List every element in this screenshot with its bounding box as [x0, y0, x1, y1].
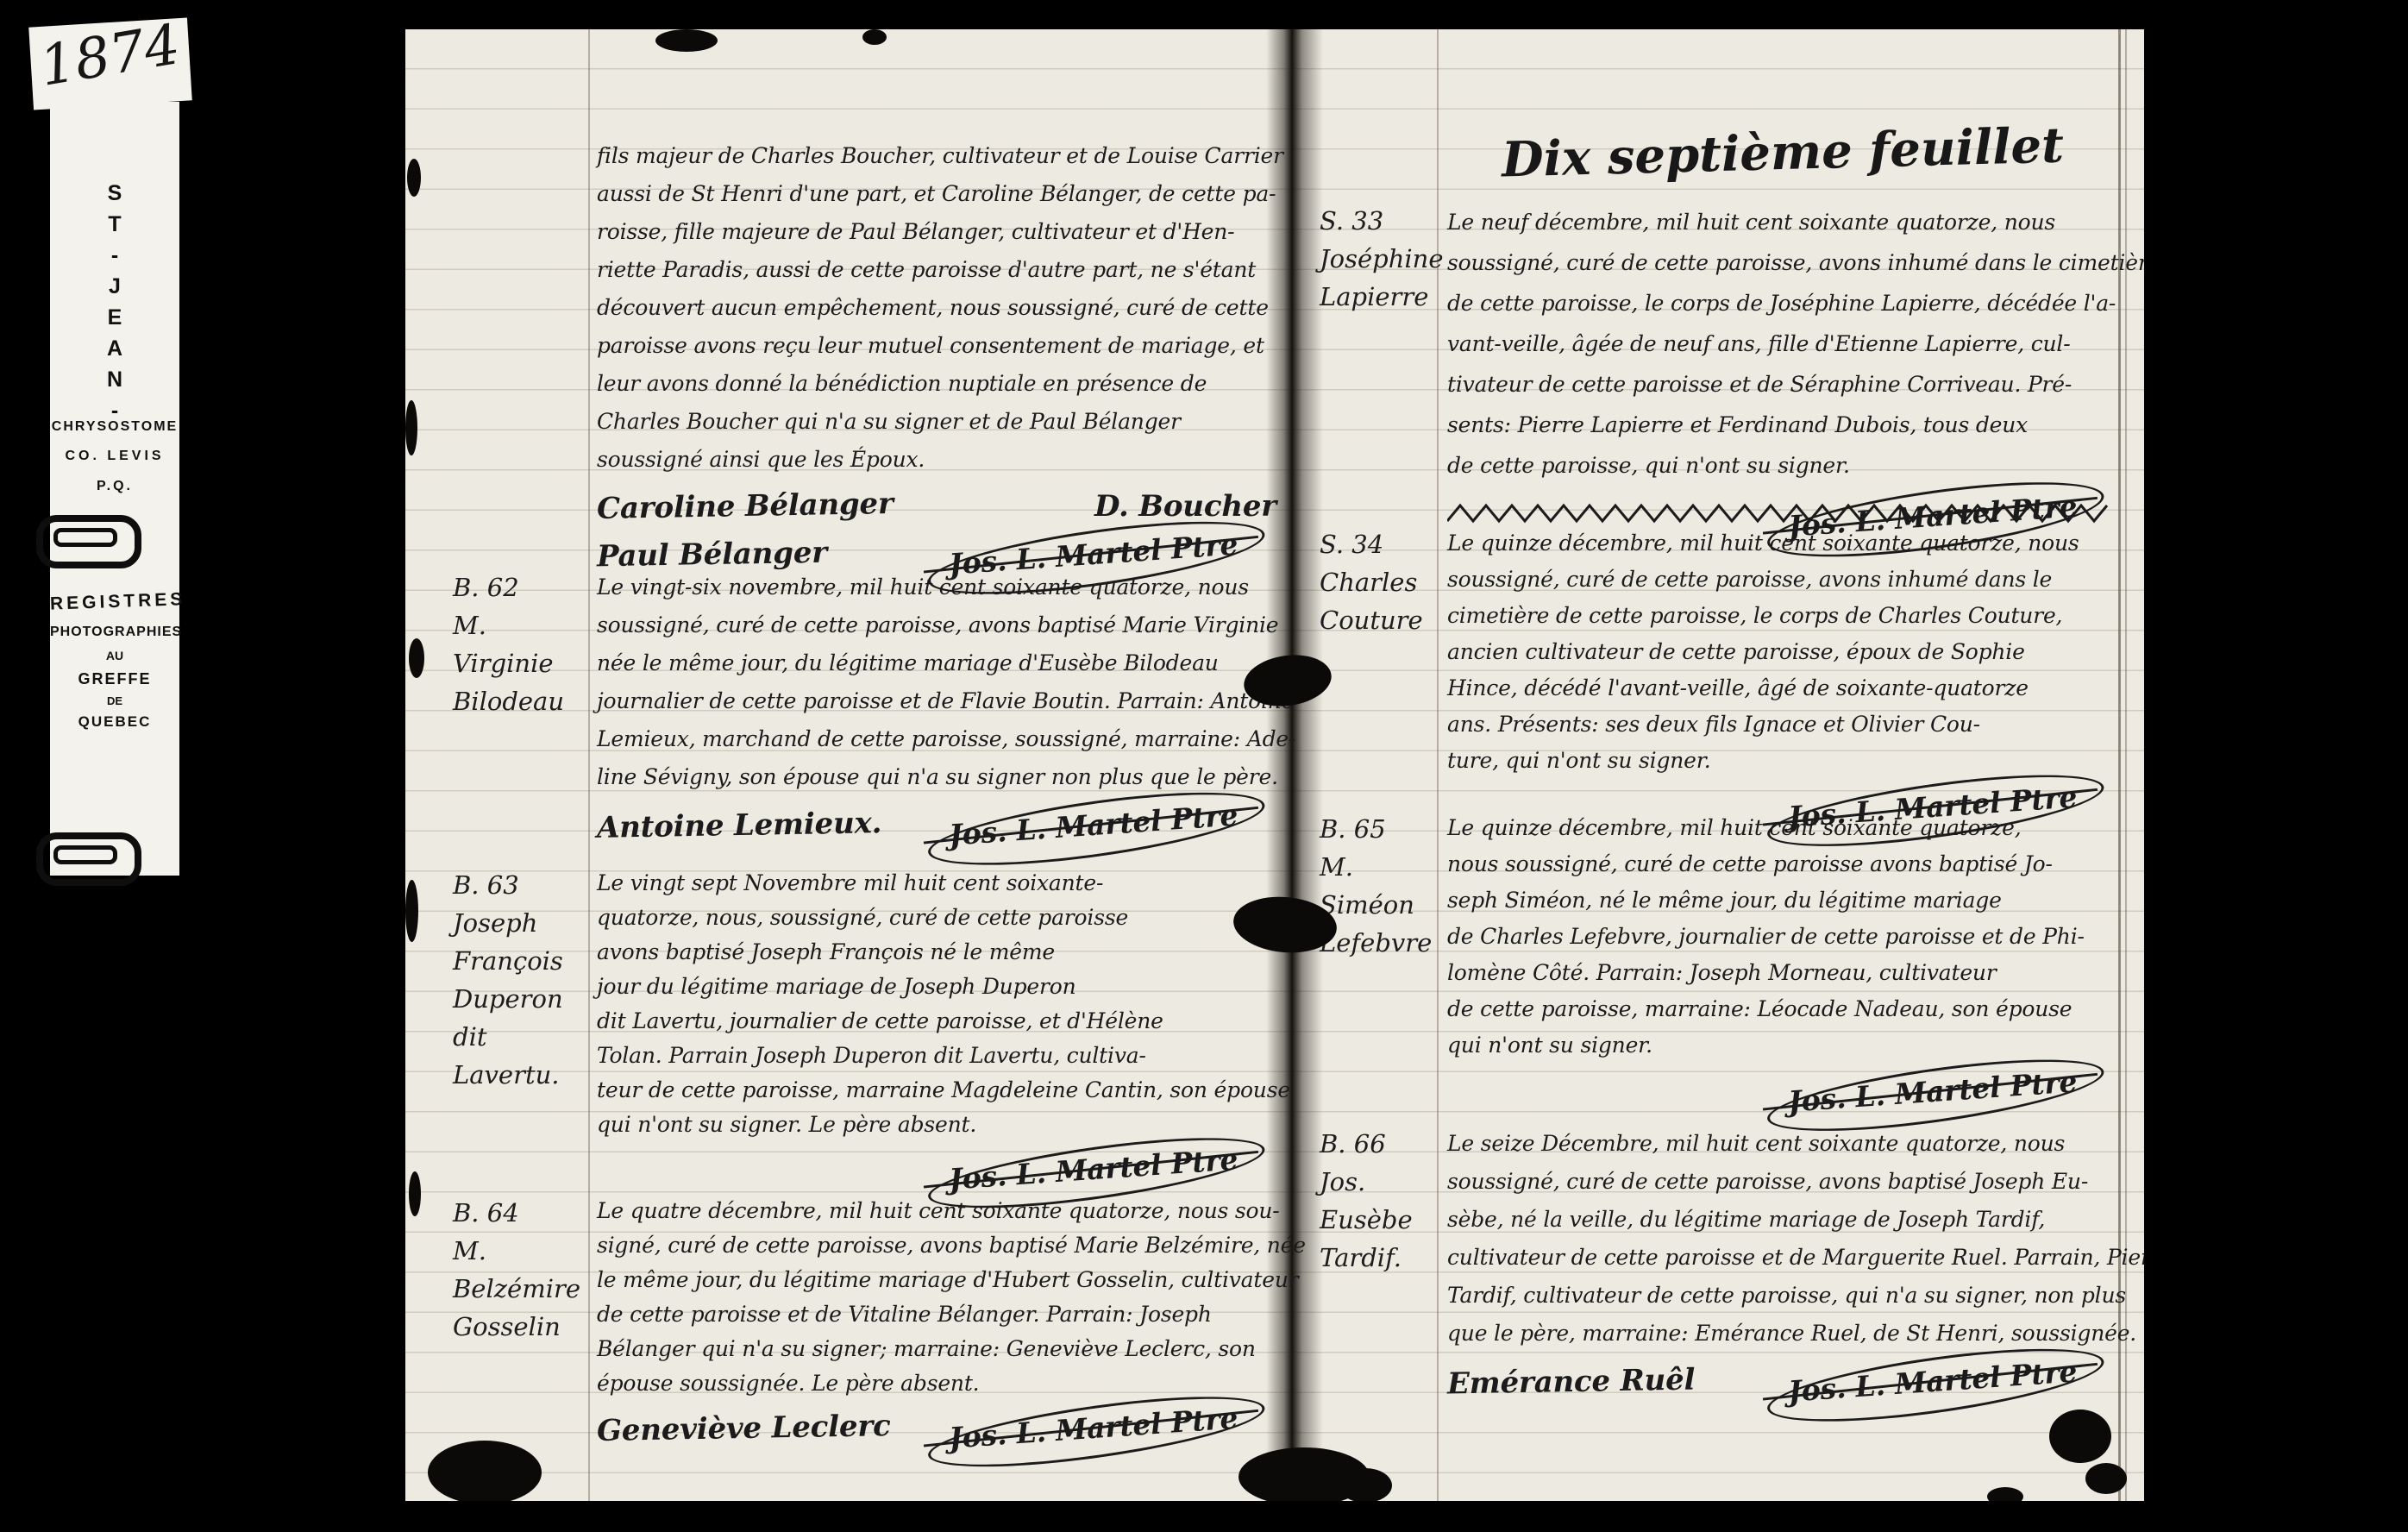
margin-line: Lefebvre — [1320, 924, 1439, 962]
margin-line: Tardif. — [1320, 1239, 1439, 1277]
body-line: que le père, marraine: Emérance Ruel, de… — [1447, 1315, 2116, 1353]
witness-signature: D. Boucher — [1094, 487, 1276, 525]
signature-row: Jos. L. Martel Ptre — [1447, 1072, 2116, 1112]
paper-clip-icon — [36, 832, 141, 886]
body-line: Le neuf décembre, mil huit cent soixante… — [1447, 202, 2116, 242]
edge-speck — [409, 1171, 421, 1216]
body-line: line Sévigny, son épouse qui n'a su sign… — [597, 758, 1276, 796]
entry-margin-note: B. 65M. SiméonLefebvre — [1320, 810, 1439, 962]
body-line: ture, qui n'ont su signer. — [1447, 743, 2116, 779]
margin-line: Jos. Eusèbe — [1320, 1163, 1439, 1239]
edge-speck — [405, 400, 417, 455]
body-line: seph Siméon, né le même jour, du légitim… — [1447, 882, 2116, 919]
body-line: quatorze, nous, soussigné, curé de cette… — [597, 901, 1276, 935]
stamp-line: GREFFE — [50, 670, 179, 688]
body-line: dit Lavertu, journalier de cette paroiss… — [597, 1004, 1276, 1039]
body-line: Tardif, cultivateur de cette paroisse, q… — [1447, 1277, 2116, 1315]
body-line: ans. Présents: ses deux fils Ignace et O… — [1447, 706, 2116, 743]
stamp-line: PHOTOGRAPHIES — [50, 625, 179, 640]
body-line: riette Paradis, aussi de cette paroisse … — [597, 251, 1276, 289]
separator-squiggle — [1447, 502, 2113, 526]
margin-line: B. 65 — [1320, 810, 1439, 848]
margin-line: Charles — [1320, 563, 1439, 601]
body-line: découvert aucun empêchement, nous soussi… — [597, 289, 1276, 327]
entry-body: Le neuf décembre, mil huit cent soixante… — [1447, 202, 2116, 538]
body-line: Le seize Décembre, mil huit cent soixant… — [1447, 1125, 2116, 1163]
body-line: née le même jour, du légitime mariage d'… — [597, 644, 1276, 682]
margin-line: Duperon — [453, 980, 589, 1018]
body-line: soussigné, curé de cette paroisse, avons… — [1447, 1163, 2116, 1201]
body-line: vant-veille, âgée de neuf ans, fille d'E… — [1447, 323, 2116, 364]
signature-row: Caroline BélangerD. Boucher — [597, 487, 1276, 525]
entry-body: Le seize Décembre, mil huit cent soixant… — [1447, 1125, 2116, 1403]
archive-stamp: REGISTRESPHOTOGRAPHIESAUGREFFEDEQUEBEC — [50, 592, 179, 731]
body-line: soussigné, curé de cette paroisse, avons… — [597, 606, 1276, 644]
ink-blot — [2085, 1463, 2127, 1494]
margin-line: François — [453, 942, 589, 980]
parish-name: CHRYSOSTOME — [50, 419, 179, 435]
body-line: tivateur de cette paroisse et de Séraphi… — [1447, 364, 2116, 405]
body-line: le même jour, du légitime mariage d'Hube… — [597, 1263, 1276, 1297]
margin-line: Joséphine — [1320, 240, 1439, 278]
body-line: teur de cette paroisse, marraine Magdele… — [597, 1073, 1276, 1108]
entry-margin-note: S. 34CharlesCouture — [1320, 525, 1439, 639]
ink-blot — [1987, 1487, 2023, 1501]
body-line: de cette paroisse, le corps de Joséphine… — [1447, 283, 2116, 323]
body-line: de cette paroisse, qui n'ont su signer. — [1447, 445, 2116, 486]
body-line: journalier de cette paroisse et de Flavi… — [597, 682, 1276, 720]
margin-line: M. Belzémire — [453, 1232, 589, 1308]
stamp-line: DE — [50, 694, 179, 707]
signature-row: Antoine Lemieux.Jos. L. Martel Ptre — [597, 805, 1276, 846]
body-line: sèbe, né la veille, du légitime mariage … — [1447, 1201, 2116, 1239]
body-line: roisse, fille majeure de Paul Bélanger, … — [597, 213, 1276, 251]
body-line: aussi de St Henri d'une part, et Carolin… — [597, 175, 1276, 213]
body-line: épouse soussignée. Le père absent. — [597, 1366, 1276, 1401]
body-line: de cette paroisse, marraine: Léocade Nad… — [1447, 991, 2116, 1027]
register-year-label: 1874 — [28, 17, 192, 110]
parish-name-vertical: S T - J E A N - — [50, 178, 179, 426]
body-line: Le quinze décembre, mil huit cent soixan… — [1447, 525, 2116, 562]
margin-line: Lapierre — [1320, 278, 1439, 316]
entry-margin-note: B. 66Jos. EusèbeTardif. — [1320, 1125, 1439, 1277]
body-line: jour du légitime mariage de Joseph Duper… — [597, 970, 1276, 1004]
margin-line: M. Siméon — [1320, 848, 1439, 924]
body-line: Lemieux, marchand de cette paroisse, sou… — [597, 720, 1276, 758]
county-name: CO. LEVIS — [50, 449, 179, 464]
body-line: qui n'ont su signer. Le père absent. — [597, 1108, 1276, 1142]
archive-spine-label: S T - J E A N - CHRYSOSTOME CO. LEVIS P.… — [50, 102, 179, 876]
body-line: Le vingt-six novembre, mil huit cent soi… — [597, 568, 1276, 606]
entry-body: fils majeur de Charles Boucher, cultivat… — [597, 137, 1276, 575]
edge-speck — [407, 159, 421, 197]
stamp-line: QUEBEC — [50, 713, 179, 731]
entry-body: Le quinze décembre, mil huit cent soixan… — [1447, 525, 2116, 827]
microfilm-frame: 1874 S T - J E A N - CHRYSOSTOME CO. LEV… — [0, 0, 2408, 1532]
margin-line: dit Lavertu. — [453, 1018, 589, 1094]
margin-line: Joseph — [453, 904, 589, 942]
entry-margin-note: B. 64M. BelzémireGosselin — [453, 1194, 589, 1346]
edge-speck — [405, 880, 418, 942]
body-line: soussigné, curé de cette paroisse, avons… — [1447, 242, 2116, 283]
body-line: soussigné, curé de cette paroisse, avons… — [1447, 562, 2116, 598]
edge-speck — [655, 29, 718, 52]
body-line: paroisse avons reçu leur mutuel consente… — [597, 327, 1276, 365]
witness-signature: Emérance Ruêl — [1447, 1360, 1696, 1403]
entry-margin-note: S. 33JoséphineLapierre — [1320, 202, 1439, 316]
entry-body: Le quatre décembre, mil huit cent soixan… — [597, 1194, 1276, 1447]
year-text: 1874 — [27, 11, 194, 100]
paper-clip-icon — [36, 515, 141, 568]
body-line: ancien cultivateur de cette paroisse, ép… — [1447, 634, 2116, 670]
margin-line: M. Virginie — [453, 606, 589, 682]
margin-line: B. 66 — [1320, 1125, 1439, 1163]
entry-body: Le vingt sept Novembre mil huit cent soi… — [597, 866, 1276, 1189]
register-spread: Dix septième feuillet fils majeur de Cha… — [405, 29, 2144, 1501]
signature-row: Emérance RuêlJos. L. Martel Ptre — [1447, 1361, 2116, 1403]
body-line: Le quinze décembre, mil huit cent soixan… — [1447, 810, 2116, 846]
margin-line: Gosselin — [453, 1308, 589, 1346]
margin-line: B. 64 — [453, 1194, 589, 1232]
entry-body: Le vingt-six novembre, mil huit cent soi… — [597, 568, 1276, 846]
province-abbrev: P.Q. — [50, 479, 179, 494]
body-line: Charles Boucher qui n'a su signer et de … — [597, 403, 1276, 441]
witness-signature: Geneviève Leclerc — [597, 1409, 891, 1448]
witness-signature: Caroline Bélanger — [597, 485, 894, 528]
margin-line: S. 33 — [1320, 202, 1439, 240]
body-line: nous soussigné, curé de cette paroisse a… — [1447, 846, 2116, 882]
edge-speck — [409, 638, 424, 678]
margin-line: S. 34 — [1320, 525, 1439, 563]
body-line: Bélanger qui n'a su signer; marraine: Ge… — [597, 1332, 1276, 1366]
body-line: sents: Pierre Lapierre et Ferdinand Dubo… — [1447, 405, 2116, 445]
margin-line: Couture — [1320, 601, 1439, 639]
entry-body: Le quinze décembre, mil huit cent soixan… — [1447, 810, 2116, 1112]
body-line: leur avons donné la bénédiction nuptiale… — [597, 365, 1276, 403]
body-line: de cette paroisse et de Vitaline Bélange… — [597, 1297, 1276, 1332]
signature-row: Jos. L. Martel Ptre — [597, 1151, 1276, 1189]
body-line: de Charles Lefebvre, journalier de cette… — [1447, 919, 2116, 955]
body-line: avons baptisé Joseph François né le même — [597, 935, 1276, 970]
body-line: Tolan. Parrain Joseph Duperon dit Lavert… — [597, 1039, 1276, 1073]
margin-line: B. 62 — [453, 568, 589, 606]
margin-line: Bilodeau — [453, 682, 589, 720]
ink-blot — [2049, 1410, 2111, 1463]
ink-blot — [428, 1441, 542, 1501]
body-line: soussigné ainsi que les Époux. — [597, 441, 1276, 479]
body-line: cimetière de cette paroisse, le corps de… — [1447, 598, 2116, 634]
body-line: cultivateur de cette paroisse et de Marg… — [1447, 1239, 2116, 1277]
body-line: Hince, décédé l'avant-veille, âgé de soi… — [1447, 670, 2116, 706]
witness-signature: Antoine Lemieux. — [597, 804, 882, 847]
signature-row: Geneviève LeclercJos. L. Martel Ptre — [597, 1410, 1276, 1447]
stamp-line: AU — [50, 649, 179, 662]
ink-blot — [1339, 1468, 1392, 1501]
edge-speck — [862, 29, 887, 45]
entry-margin-note: B. 62M. VirginieBilodeau — [453, 568, 589, 720]
margin-line: B. 63 — [453, 866, 589, 904]
stamp-line: REGISTRES — [50, 589, 180, 614]
body-line: qui n'ont su signer. — [1447, 1027, 2116, 1064]
body-line: fils majeur de Charles Boucher, cultivat… — [597, 137, 1276, 175]
body-line: Le vingt sept Novembre mil huit cent soi… — [597, 866, 1276, 901]
body-line: Le quatre décembre, mil huit cent soixan… — [597, 1194, 1276, 1228]
entry-margin-note: B. 63JosephFrançoisDuperondit Lavertu. — [453, 866, 589, 1094]
body-line: lomène Côté. Parrain: Joseph Morneau, cu… — [1447, 955, 2116, 991]
body-line: signé, curé de cette paroisse, avons bap… — [597, 1228, 1276, 1263]
